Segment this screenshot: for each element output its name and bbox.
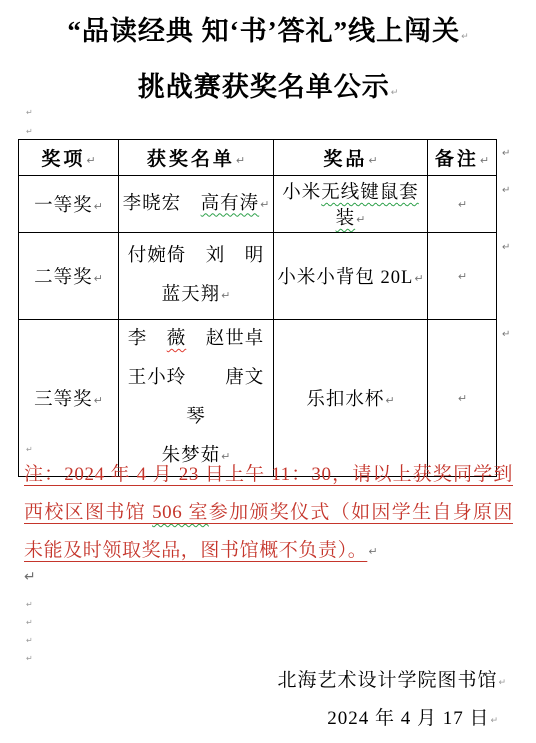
- paragraph-mark: ↵: [26, 655, 33, 663]
- prize-cell: 乐扣水杯↵: [274, 320, 428, 477]
- winner-names: 付婉倚 刘 明蓝天翔: [128, 246, 265, 305]
- text-run: 蓝天翔: [162, 285, 221, 305]
- paragraph-mark: ↵: [391, 88, 399, 98]
- remark-cell: ↵: [428, 176, 497, 233]
- award-cell: 二等奖↵: [19, 233, 119, 320]
- end-of-row-mark: ↵: [502, 149, 510, 159]
- title-line-1: “品读经典 知‘书’答礼”线上闯关↵: [0, 6, 536, 62]
- award-announcement-document: “品读经典 知‘书’答礼”线上闯关↵ 挑战赛获奖名单公示↵ ↵ ↵ 奖项↵ 获奖…: [0, 0, 536, 743]
- paragraph-mark: ↵: [368, 545, 377, 558]
- winners-cell: 李 薇 赵世卓王小玲 唐文琴朱梦茹↵: [119, 320, 274, 477]
- header-award: 奖项↵: [19, 140, 119, 176]
- remark-cell: ↵: [428, 233, 497, 320]
- paragraph-mark: ↵: [26, 619, 33, 627]
- award-cell: 三等奖↵: [19, 320, 119, 477]
- text-run: 小米: [282, 183, 321, 203]
- award-cell: 一等奖↵: [19, 176, 119, 233]
- table-row-first-prize: 一等奖↵ 李晓宏 高有涛↵ 小米无线键鼠套装↵ ↵: [19, 176, 497, 233]
- organization-name: 北海艺术设计学院图书馆: [277, 670, 497, 691]
- text-run: 乐扣水杯: [306, 390, 384, 410]
- winners-cell: 李晓宏 高有涛↵: [119, 176, 274, 233]
- signature-organization: 北海艺术设计学院图书馆↵: [0, 665, 536, 692]
- spellcheck-green-underline: 无线键鼠套装: [321, 183, 419, 229]
- prize-name: 小米小背包 20L: [277, 268, 413, 288]
- winners-cell: 付婉倚 刘 明蓝天翔↵: [119, 233, 274, 320]
- end-of-row-mark: ↵: [502, 186, 510, 196]
- paragraph-mark: ↵: [236, 154, 245, 167]
- paragraph-mark: ↵: [86, 154, 95, 167]
- signature-date: 2024 年 4 月 17 日↵: [0, 703, 536, 730]
- paragraph-mark: ↵: [368, 154, 377, 167]
- header-prize: 奖品↵: [274, 140, 428, 176]
- paragraph-mark: ↵: [458, 392, 467, 405]
- paragraph-mark: ↵: [480, 154, 489, 167]
- text-run: 付婉倚 刘 明: [128, 246, 265, 266]
- header-remark-label: 备注: [435, 149, 479, 170]
- paragraph-mark: ↵: [356, 213, 365, 226]
- paragraph-mark: ↵: [94, 394, 103, 407]
- header-prize-label: 奖品: [323, 149, 367, 170]
- paragraph-mark: ↵: [490, 716, 498, 726]
- table-row-third-prize: 三等奖↵ 李 薇 赵世卓王小玲 唐文琴朱梦茹↵ 乐扣水杯↵ ↵: [19, 320, 497, 477]
- paragraph-mark: ↵: [458, 270, 467, 283]
- document-title: “品读经典 知‘书’答礼”线上闯关↵ 挑战赛获奖名单公示↵: [0, 6, 536, 118]
- paragraph-mark: ↵: [26, 128, 33, 136]
- header-winners: 获奖名单↵: [119, 140, 274, 176]
- paragraph-mark: ↵: [458, 198, 467, 211]
- winner-names: 李晓宏 高有涛: [123, 194, 260, 214]
- paragraph-mark: ↵: [26, 446, 33, 454]
- prize-cell: 小米小背包 20L↵: [274, 233, 428, 320]
- paragraph-mark: ↵: [414, 272, 423, 285]
- paragraph-mark: ↵: [94, 272, 103, 285]
- end-of-row-mark: ↵: [502, 243, 510, 253]
- table-row-second-prize: 二等奖↵ 付婉倚 刘 明蓝天翔↵ 小米小背包 20L↵ ↵: [19, 233, 497, 320]
- paragraph-mark: ↵: [26, 109, 33, 117]
- prize-cell: 小米无线键鼠套装↵: [274, 176, 428, 233]
- end-of-row-mark: ↵: [502, 330, 510, 340]
- paragraph-mark: ↵: [385, 394, 394, 407]
- header-remark: 备注↵: [428, 140, 497, 176]
- award-label: 三等奖: [34, 390, 93, 410]
- spellcheck-green-underline: 506 室: [152, 502, 209, 523]
- title-line-2: 挑战赛获奖名单公示↵: [0, 62, 536, 118]
- text-run: 王小玲 唐文琴: [128, 368, 265, 427]
- header-winners-label: 获奖名单: [147, 149, 235, 170]
- paragraph-mark: ↵: [26, 637, 33, 645]
- award-label: 一等奖: [34, 196, 93, 216]
- prize-name: 小米无线键鼠套装: [282, 183, 419, 229]
- award-label: 二等奖: [34, 268, 93, 288]
- table-header-row: 奖项↵ 获奖名单↵ 奖品↵ 备注↵: [19, 140, 497, 176]
- text-run: 李晓宏: [123, 194, 201, 214]
- paragraph-mark: ↵: [221, 289, 230, 302]
- note-text: 注：2024 年 4 月 23 日上午 11：30，请以上获奖同学到西校区图书馆…: [24, 464, 513, 561]
- remark-cell: ↵: [428, 320, 497, 477]
- paragraph-mark: ↵: [461, 32, 469, 42]
- paragraph-mark: ↵: [24, 570, 36, 584]
- spellcheck-red-underline: 薇: [167, 329, 187, 349]
- text-run: 小米小背包 20L: [277, 268, 413, 288]
- prize-name: 乐扣水杯: [306, 390, 384, 410]
- text-run: 李: [128, 329, 167, 349]
- awards-table: 奖项↵ 获奖名单↵ 奖品↵ 备注↵ 一等奖↵ 李晓宏 高有涛↵ 小米无线键鼠套装…: [18, 139, 497, 477]
- paragraph-mark: ↵: [498, 678, 506, 688]
- paragraph-mark: ↵: [260, 198, 269, 211]
- spellcheck-green-underline: 高有涛: [201, 194, 260, 214]
- header-award-label: 奖项: [41, 149, 85, 170]
- date-text: 2024 年 4 月 17 日: [327, 708, 489, 729]
- paragraph-mark: ↵: [26, 601, 33, 609]
- winner-names: 李 薇 赵世卓王小玲 唐文琴朱梦茹: [128, 329, 265, 466]
- title-line-1-text: “品读经典 知‘书’答礼”线上闯关: [67, 16, 460, 46]
- text-run: 赵世卓: [186, 329, 264, 349]
- title-line-2-text: 挑战赛获奖名单公示: [138, 72, 390, 102]
- note-paragraph: 注：2024 年 4 月 23 日上午 11：30，请以上获奖同学到西校区图书馆…: [24, 456, 513, 571]
- paragraph-mark: ↵: [94, 200, 103, 213]
